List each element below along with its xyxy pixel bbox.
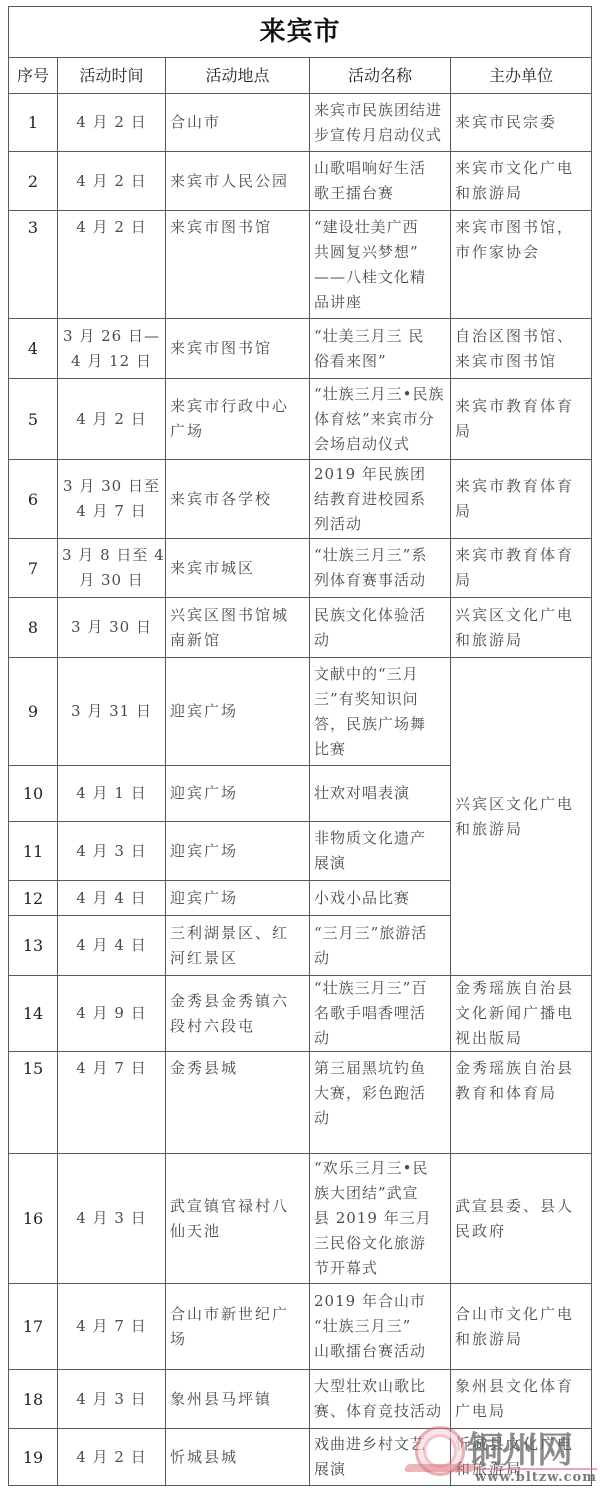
cell-no: 9 xyxy=(9,658,58,766)
cell-location-line: 迎宾广场 xyxy=(170,886,305,911)
cell-location: 来宾市图书馆 xyxy=(166,211,310,319)
cell-date-line: 3 月 8 日至 4 xyxy=(62,543,161,568)
cell-organizer-line: 来宾市文化广电 xyxy=(455,156,587,181)
cell-organizer-line: 和旅游局 xyxy=(455,1327,587,1352)
cell-date: 4 月 7 日 xyxy=(58,1052,166,1154)
cell-organizer-line: 局 xyxy=(455,568,587,593)
cell-organizer: 来宾市图书馆，市作家协会 xyxy=(451,211,592,319)
header-row: 序号 活动时间 活动地点 活动名称 主办单位 xyxy=(9,58,592,94)
cell-date: 3 月 26 日—4 月 12 日 xyxy=(58,319,166,379)
table-row: 194 月 2 日忻城县城戏曲进乡村文艺展演忻城县文化广电和旅游局 xyxy=(9,1429,592,1486)
cell-date-line: 4 月 2 日 xyxy=(62,1445,161,1470)
header-name: 活动名称 xyxy=(310,58,451,94)
cell-organizer: 来宾市民宗委 xyxy=(451,94,592,152)
cell-organizer-line: 教育和体育局 xyxy=(455,1081,587,1106)
cell-organizer-line: 和旅游局 xyxy=(455,181,587,206)
cell-date-line: 4 月 3 日 xyxy=(62,1387,161,1412)
cell-activity-name: “三月三”旅游活动 xyxy=(310,916,451,976)
cell-location-line: 迎宾广场 xyxy=(170,839,305,864)
cell-location: 迎宾广场 xyxy=(166,658,310,766)
cell-date: 4 月 2 日 xyxy=(58,94,166,152)
cell-location: 武宣镇官禄村八仙天池 xyxy=(166,1154,310,1284)
cell-organizer-line: 来宾市图书馆 xyxy=(455,349,587,374)
table-row: 184 月 3 日象州县马坪镇大型壮欢山歌比赛、体育竞技活动象州县文化体育广电局 xyxy=(9,1370,592,1429)
cell-organizer: 合山市文化广电和旅游局 xyxy=(451,1284,592,1370)
cell-activity-name-line: 大型壮欢山歌比 xyxy=(314,1374,446,1399)
cell-activity-name-line: 答，民族广场舞 xyxy=(314,712,446,737)
cell-activity-name: “壮族三月三•民族体育炫”来宾市分会场启动仪式 xyxy=(310,379,451,460)
activity-schedule-table: 来宾市 序号 活动时间 活动地点 活动名称 主办单位 14 月 2 日合山市来宾… xyxy=(8,6,592,1486)
cell-no: 6 xyxy=(9,460,58,539)
activity-table-sheet: 来宾市 序号 活动时间 活动地点 活动名称 主办单位 14 月 2 日合山市来宾… xyxy=(8,6,591,1482)
cell-no: 2 xyxy=(9,152,58,211)
cell-location: 迎宾广场 xyxy=(166,822,310,881)
cell-activity-name-line: 2019 年合山市 xyxy=(314,1289,446,1314)
cell-organizer: 忻城县文化广电和旅游局 xyxy=(451,1429,592,1486)
cell-no: 16 xyxy=(9,1154,58,1284)
cell-location: 三利湖景区、红河红景区 xyxy=(166,916,310,976)
table-row: 154 月 7 日金秀县城第三届黑坑钓鱼大赛，彩色跑活动金秀瑶族自治县教育和体育… xyxy=(9,1052,592,1154)
cell-location: 合山市新世纪广场 xyxy=(166,1284,310,1370)
cell-organizer-line: 来宾市教育体育 xyxy=(455,543,587,568)
cell-activity-name-line: 结教育进校园系 xyxy=(314,487,446,512)
cell-organizer-line: 合山市文化广电 xyxy=(455,1302,587,1327)
cell-location: 合山市 xyxy=(166,94,310,152)
cell-activity-name-line: 比赛 xyxy=(314,737,446,762)
cell-activity-name-line: 列活动 xyxy=(314,512,446,537)
cell-date: 3 月 8 日至 4月 30 日 xyxy=(58,539,166,598)
cell-activity-name-line: 山歌擂台赛活动 xyxy=(314,1339,446,1364)
cell-location: 象州县马坪镇 xyxy=(166,1370,310,1429)
cell-date-line: 4 月 2 日 xyxy=(62,407,161,432)
cell-location-line: 象州县马坪镇 xyxy=(170,1387,305,1412)
cell-no: 7 xyxy=(9,539,58,598)
cell-date-line: 4 月 4 日 xyxy=(62,886,161,911)
cell-no: 19 xyxy=(9,1429,58,1486)
cell-organizer-line: 象州县文化体育 xyxy=(455,1374,587,1399)
cell-activity-name: 大型壮欢山歌比赛、体育竞技活动 xyxy=(310,1370,451,1429)
cell-activity-name: “壮美三月三 民俗看来图” xyxy=(310,319,451,379)
cell-organizer-line: 来宾市教育体育 xyxy=(455,394,587,419)
cell-activity-name-line: “壮族三月三”系 xyxy=(314,543,446,568)
cell-activity-name-line: “三月三”旅游活 xyxy=(314,921,446,946)
cell-date: 4 月 7 日 xyxy=(58,1284,166,1370)
cell-organizer-line: 来宾市教育体育 xyxy=(455,474,587,499)
cell-location-line: 来宾市图书馆 xyxy=(170,215,305,240)
cell-location-line: 来宾市行政中心 xyxy=(170,394,305,419)
cell-date-line: 4 月 1 日 xyxy=(62,781,161,806)
cell-location: 来宾市城区 xyxy=(166,539,310,598)
cell-location-line: 段村六段屯 xyxy=(170,1014,305,1039)
cell-location-line: 忻城县城 xyxy=(170,1445,305,1470)
cell-location-line: 来宾市图书馆 xyxy=(170,336,305,361)
cell-activity-name-line: “欢乐三月三•民 xyxy=(314,1156,446,1181)
cell-date: 3 月 31 日 xyxy=(58,658,166,766)
cell-activity-name: 非物质文化遗产展演 xyxy=(310,822,451,881)
cell-activity-name-line: 第三届黑坑钓鱼 xyxy=(314,1056,446,1081)
cell-organizer: 武宣县委、县人民政府 xyxy=(451,1154,592,1284)
cell-location-line: 来宾市人民公园 xyxy=(170,169,305,194)
cell-organizer-line: 自治区图书馆、 xyxy=(455,324,587,349)
cell-activity-name-line: 小戏小品比赛 xyxy=(314,886,446,911)
cell-no: 14 xyxy=(9,976,58,1052)
cell-organizer-merged-line: 兴宾区文化广电 xyxy=(455,792,587,817)
cell-organizer-line: 和旅游局 xyxy=(455,628,587,653)
cell-location-line: 合山市新世纪广 xyxy=(170,1302,305,1327)
cell-date: 3 月 30 日 xyxy=(58,598,166,658)
table-row: 164 月 3 日武宣镇官禄村八仙天池“欢乐三月三•民族大团结”武宣县 2019… xyxy=(9,1154,592,1284)
cell-activity-name: 文献中的“三月三”有奖知识问答，民族广场舞比赛 xyxy=(310,658,451,766)
cell-organizer-line: 文化新闻广播电 xyxy=(455,1001,587,1026)
cell-location-line: 迎宾广场 xyxy=(170,699,305,724)
table-row: 24 月 2 日来宾市人民公园山歌唱响好生活歌王擂台赛来宾市文化广电和旅游局 xyxy=(9,152,592,211)
cell-location-line: 兴宾区图书馆城 xyxy=(170,603,305,628)
table-row: 54 月 2 日来宾市行政中心广场“壮族三月三•民族体育炫”来宾市分会场启动仪式… xyxy=(9,379,592,460)
cell-organizer: 兴宾区文化广电和旅游局 xyxy=(451,598,592,658)
cell-date: 4 月 2 日 xyxy=(58,1429,166,1486)
cell-organizer-line: 广电局 xyxy=(455,1399,587,1424)
cell-date: 3 月 30 日至4 月 7 日 xyxy=(58,460,166,539)
cell-location-line: 河红景区 xyxy=(170,946,305,971)
cell-activity-name-line: 动 xyxy=(314,946,446,971)
table-row: 73 月 8 日至 4月 30 日来宾市城区“壮族三月三”系列体育赛事活动来宾市… xyxy=(9,539,592,598)
cell-organizer-line: 市作家协会 xyxy=(455,240,587,265)
cell-activity-name: 民族文化体验活动 xyxy=(310,598,451,658)
cell-activity-name-line: 来宾市民族团结进 xyxy=(314,98,446,123)
cell-organizer: 来宾市教育体育局 xyxy=(451,539,592,598)
cell-activity-name-line: 戏曲进乡村文艺 xyxy=(314,1432,446,1457)
cell-activity-name-line: 步宣传月启动仪式 xyxy=(314,123,446,148)
cell-organizer: 自治区图书馆、来宾市图书馆 xyxy=(451,319,592,379)
cell-organizer-line: 金秀瑶族自治县 xyxy=(455,1056,587,1081)
cell-activity-name: “壮族三月三”百名歌手唱香哩活动 xyxy=(310,976,451,1052)
table-row: 174 月 7 日合山市新世纪广场2019 年合山市“壮族三月三”山歌擂台赛活动… xyxy=(9,1284,592,1370)
cell-no: 8 xyxy=(9,598,58,658)
cell-organizer: 金秀瑶族自治县教育和体育局 xyxy=(451,1052,592,1154)
header-organizer: 主办单位 xyxy=(451,58,592,94)
cell-date-line: 4 月 7 日 xyxy=(62,499,161,524)
cell-no: 18 xyxy=(9,1370,58,1429)
cell-date-line: 3 月 31 日 xyxy=(62,699,161,724)
cell-activity-name-line: “壮族三月三”百 xyxy=(314,976,446,1001)
cell-location-line: 来宾市各学校 xyxy=(170,487,305,512)
cell-activity-name-line: 会场启动仪式 xyxy=(314,432,446,457)
cell-activity-name-line: 县 2019 年三月 xyxy=(314,1206,446,1231)
cell-organizer-line: 来宾市图书馆， xyxy=(455,215,587,240)
cell-activity-name-line: 展演 xyxy=(314,851,446,876)
cell-organizer-line: 兴宾区文化广电 xyxy=(455,603,587,628)
table-row: 83 月 30 日兴宾区图书馆城南新馆民族文化体验活动兴宾区文化广电和旅游局 xyxy=(9,598,592,658)
cell-activity-name-line: “建设壮美广西 xyxy=(314,215,446,240)
cell-no: 11 xyxy=(9,822,58,881)
cell-activity-name: 戏曲进乡村文艺展演 xyxy=(310,1429,451,1486)
cell-activity-name-line: “壮美三月三 民 xyxy=(314,324,446,349)
cell-date: 4 月 3 日 xyxy=(58,1370,166,1429)
cell-location-line: 武宣镇官禄村八 xyxy=(170,1194,305,1219)
cell-date-line: 4 月 12 日 xyxy=(62,349,161,374)
cell-activity-name-line: 族大团结”武宣 xyxy=(314,1181,446,1206)
cell-date-line: 3 月 30 日至 xyxy=(62,474,161,499)
cell-activity-name: 壮欢对唱表演 xyxy=(310,766,451,822)
cell-organizer-line: 忻城县文化广电 xyxy=(455,1432,587,1457)
cell-location: 迎宾广场 xyxy=(166,766,310,822)
cell-location: 忻城县城 xyxy=(166,1429,310,1486)
cell-activity-name-line: 赛、体育竞技活动 xyxy=(314,1399,446,1424)
cell-location: 迎宾广场 xyxy=(166,881,310,916)
cell-organizer-line: 武宣县委、县人 xyxy=(455,1194,587,1219)
cell-no: 13 xyxy=(9,916,58,976)
cell-location: 金秀县城 xyxy=(166,1052,310,1154)
title-row: 来宾市 xyxy=(9,7,592,58)
cell-no: 12 xyxy=(9,881,58,916)
cell-date: 4 月 1 日 xyxy=(58,766,166,822)
table-row: 14 月 2 日合山市来宾市民族团结进步宣传月启动仪式来宾市民宗委 xyxy=(9,94,592,152)
cell-no: 17 xyxy=(9,1284,58,1370)
cell-activity-name-line: 三”有奖知识问 xyxy=(314,687,446,712)
cell-date-line: 4 月 3 日 xyxy=(62,839,161,864)
cell-activity-name-line: 俗看来图” xyxy=(314,349,446,374)
cell-activity-name-line: 名歌手唱香哩活 xyxy=(314,1001,446,1026)
cell-date-line: 4 月 4 日 xyxy=(62,933,161,958)
cell-activity-name-line: 节开幕式 xyxy=(314,1256,446,1281)
cell-date-line: 月 30 日 xyxy=(62,568,161,593)
cell-location-line: 广场 xyxy=(170,419,305,444)
cell-activity-name: “壮族三月三”系列体育赛事活动 xyxy=(310,539,451,598)
cell-location-line: 仙天池 xyxy=(170,1219,305,1244)
cell-location-line: 来宾市城区 xyxy=(170,556,305,581)
header-date: 活动时间 xyxy=(58,58,166,94)
cell-no: 15 xyxy=(9,1052,58,1154)
cell-organizer-line: 金秀瑶族自治县 xyxy=(455,976,587,1001)
cell-activity-name: 山歌唱响好生活歌王擂台赛 xyxy=(310,152,451,211)
cell-activity-name-line: 共圆复兴梦想” xyxy=(314,240,446,265)
cell-activity-name: 2019 年合山市“壮族三月三”山歌擂台赛活动 xyxy=(310,1284,451,1370)
cell-location: 来宾市各学校 xyxy=(166,460,310,539)
cell-activity-name-line: 列体育赛事活动 xyxy=(314,568,446,593)
cell-no: 4 xyxy=(9,319,58,379)
cell-location-line: 迎宾广场 xyxy=(170,781,305,806)
cell-organizer-line: 和旅游局 xyxy=(455,1457,587,1482)
cell-activity-name-line: “壮族三月三•民族 xyxy=(314,382,446,407)
cell-activity-name-line: “壮族三月三” xyxy=(314,1314,446,1339)
cell-date-line: 4 月 2 日 xyxy=(62,215,161,240)
cell-date: 4 月 3 日 xyxy=(58,822,166,881)
cell-no: 5 xyxy=(9,379,58,460)
cell-date-line: 4 月 9 日 xyxy=(62,1001,161,1026)
cell-activity-name-line: 品讲座 xyxy=(314,290,446,315)
cell-activity-name-line: 体育炫”来宾市分 xyxy=(314,407,446,432)
cell-activity-name: 来宾市民族团结进步宣传月启动仪式 xyxy=(310,94,451,152)
cell-date: 4 月 9 日 xyxy=(58,976,166,1052)
cell-activity-name-line: 壮欢对唱表演 xyxy=(314,781,446,806)
cell-activity-name: “欢乐三月三•民族大团结”武宣县 2019 年三月三民俗文化旅游节开幕式 xyxy=(310,1154,451,1284)
cell-location-line: 金秀县金秀镇六 xyxy=(170,989,305,1014)
cell-date: 4 月 3 日 xyxy=(58,1154,166,1284)
cell-location-line: 合山市 xyxy=(170,110,305,135)
cell-date: 4 月 2 日 xyxy=(58,211,166,319)
cell-activity-name: 第三届黑坑钓鱼大赛，彩色跑活动 xyxy=(310,1052,451,1154)
cell-date: 4 月 2 日 xyxy=(58,379,166,460)
table-title: 来宾市 xyxy=(9,7,592,58)
cell-activity-name: 2019 年民族团结教育进校园系列活动 xyxy=(310,460,451,539)
cell-activity-name-line: 2019 年民族团 xyxy=(314,462,446,487)
cell-date-line: 4 月 3 日 xyxy=(62,1206,161,1231)
cell-date: 4 月 4 日 xyxy=(58,916,166,976)
cell-organizer: 金秀瑶族自治县文化新闻广播电视出版局 xyxy=(451,976,592,1052)
cell-no: 3 xyxy=(9,211,58,319)
cell-location-line: 场 xyxy=(170,1327,305,1352)
cell-date-line: 3 月 26 日— xyxy=(62,324,161,349)
cell-activity-name: “建设壮美广西共圆复兴梦想”——八桂文化精品讲座 xyxy=(310,211,451,319)
cell-organizer: 来宾市教育体育局 xyxy=(451,460,592,539)
cell-organizer-line: 来宾市民宗委 xyxy=(455,110,587,135)
cell-activity-name-line: 山歌唱响好生活 xyxy=(314,156,446,181)
table-row: 34 月 2 日来宾市图书馆“建设壮美广西共圆复兴梦想”——八桂文化精品讲座来宾… xyxy=(9,211,592,319)
cell-activity-name-line: 动 xyxy=(314,1026,446,1051)
cell-location: 来宾市人民公园 xyxy=(166,152,310,211)
cell-organizer-merged-line: 和旅游局 xyxy=(455,817,587,842)
cell-date: 4 月 2 日 xyxy=(58,152,166,211)
cell-activity-name-line: 三民俗文化旅游 xyxy=(314,1231,446,1256)
cell-location: 来宾市图书馆 xyxy=(166,319,310,379)
cell-date-line: 4 月 2 日 xyxy=(62,169,161,194)
table-body: 14 月 2 日合山市来宾市民族团结进步宣传月启动仪式来宾市民宗委24 月 2 … xyxy=(9,94,592,1486)
cell-activity-name-line: 民族文化体验活 xyxy=(314,603,446,628)
cell-organizer-line: 民政府 xyxy=(455,1219,587,1244)
cell-location-line: 三利湖景区、红 xyxy=(170,921,305,946)
header-no: 序号 xyxy=(9,58,58,94)
cell-no: 10 xyxy=(9,766,58,822)
table-row: 63 月 30 日至4 月 7 日来宾市各学校2019 年民族团结教育进校园系列… xyxy=(9,460,592,539)
cell-organizer-line: 视出版局 xyxy=(455,1026,587,1051)
table-row: 144 月 9 日金秀县金秀镇六段村六段屯“壮族三月三”百名歌手唱香哩活动金秀瑶… xyxy=(9,976,592,1052)
cell-activity-name-line: 歌王擂台赛 xyxy=(314,181,446,206)
cell-location-line: 南新馆 xyxy=(170,628,305,653)
table-row: 43 月 26 日—4 月 12 日来宾市图书馆“壮美三月三 民俗看来图”自治区… xyxy=(9,319,592,379)
cell-no: 1 xyxy=(9,94,58,152)
cell-organizer-line: 局 xyxy=(455,419,587,444)
cell-organizer: 来宾市文化广电和旅游局 xyxy=(451,152,592,211)
cell-organizer: 来宾市教育体育局 xyxy=(451,379,592,460)
cell-location: 来宾市行政中心广场 xyxy=(166,379,310,460)
cell-activity-name-line: 大赛，彩色跑活 xyxy=(314,1081,446,1106)
cell-organizer: 象州县文化体育广电局 xyxy=(451,1370,592,1429)
cell-organizer-line: 局 xyxy=(455,499,587,524)
table-row: 93 月 31 日迎宾广场文献中的“三月三”有奖知识问答，民族广场舞比赛兴宾区文… xyxy=(9,658,592,766)
cell-date-line: 3 月 30 日 xyxy=(62,615,161,640)
cell-activity-name-line: 动 xyxy=(314,1106,446,1131)
cell-activity-name-line: 文献中的“三月 xyxy=(314,662,446,687)
cell-organizer-merged: 兴宾区文化广电和旅游局 xyxy=(451,658,592,976)
cell-date-line: 4 月 7 日 xyxy=(62,1314,161,1339)
cell-location: 兴宾区图书馆城南新馆 xyxy=(166,598,310,658)
cell-date-line: 4 月 7 日 xyxy=(62,1056,161,1081)
cell-activity-name-line: ——八桂文化精 xyxy=(314,265,446,290)
cell-activity-name-line: 动 xyxy=(314,628,446,653)
cell-date: 4 月 4 日 xyxy=(58,881,166,916)
cell-location: 金秀县金秀镇六段村六段屯 xyxy=(166,976,310,1052)
header-location: 活动地点 xyxy=(166,58,310,94)
cell-activity-name: 小戏小品比赛 xyxy=(310,881,451,916)
cell-date-line: 4 月 2 日 xyxy=(62,110,161,135)
cell-activity-name-line: 展演 xyxy=(314,1457,446,1482)
cell-location-line: 金秀县城 xyxy=(170,1056,305,1081)
cell-activity-name-line: 非物质文化遗产 xyxy=(314,826,446,851)
